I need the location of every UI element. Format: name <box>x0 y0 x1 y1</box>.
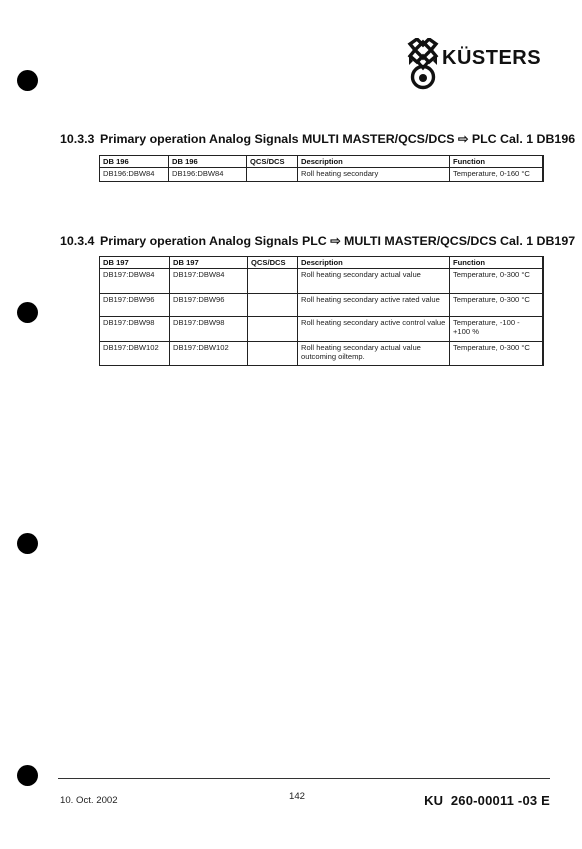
signal-table-db197: DB 197 DB 197 QCS/DCS Description Functi… <box>99 256 544 366</box>
table-row: DB196:DBW84 DB196:DBW84 Roll heating sec… <box>100 168 543 182</box>
section-number: 10.3.4 <box>60 234 100 248</box>
db-address-cell: DB197:DBW96 <box>170 294 248 317</box>
section-number: 10.3.3 <box>60 132 100 146</box>
table-row: DB197:DBW96 DB197:DBW96 Roll heating sec… <box>100 294 543 317</box>
description-cell: Roll heating secondary actual value <box>298 269 450 294</box>
column-header: QCS/DCS <box>247 156 298 168</box>
column-header: Description <box>298 156 450 168</box>
db-address-cell: DB197:DBW102 <box>100 342 170 366</box>
table-header-row: DB 196 DB 196 QCS/DCS Description Functi… <box>100 156 543 168</box>
punch-hole <box>17 765 38 786</box>
punch-hole <box>17 533 38 554</box>
qcs-dcs-cell <box>248 317 298 342</box>
function-cell: Temperature, 0-300 °C <box>450 294 543 317</box>
table-row: DB197:DBW102 DB197:DBW102 Roll heating s… <box>100 342 543 366</box>
function-cell: Temperature, 0-300 °C <box>450 342 543 366</box>
kuesters-knot-icon <box>407 38 439 90</box>
section-title: Primary operation Analog Signals PLC ⇨ M… <box>100 234 575 248</box>
db-address-cell: DB197:DBW84 <box>170 269 248 294</box>
section-heading-10-3-3: 10.3.3Primary operation Analog Signals M… <box>60 131 575 146</box>
db-address-cell: DB197:DBW98 <box>100 317 170 342</box>
db-address-cell: DB197:DBW96 <box>100 294 170 317</box>
column-header: Description <box>298 257 450 269</box>
description-cell: Roll heating secondary actual value outc… <box>298 342 450 366</box>
db-address-cell: DB196:DBW84 <box>169 168 247 182</box>
db-address-cell: DB197:DBW98 <box>170 317 248 342</box>
column-header: DB 197 <box>170 257 248 269</box>
db-address-cell: DB197:DBW84 <box>100 269 170 294</box>
column-header: DB 196 <box>100 156 169 168</box>
page-number: 142 <box>289 791 305 802</box>
qcs-dcs-cell <box>248 294 298 317</box>
db-address-cell: DB197:DBW102 <box>170 342 248 366</box>
column-header: DB 197 <box>100 257 170 269</box>
description-cell: Roll heating secondary active rated valu… <box>298 294 450 317</box>
description-cell: Roll heating secondary <box>298 168 450 182</box>
column-header: Function <box>450 156 543 168</box>
document-number: KU 260-00011 -03 E <box>424 793 550 808</box>
qcs-dcs-cell <box>247 168 298 182</box>
function-cell: Temperature, 0-300 °C <box>450 269 543 294</box>
qcs-dcs-cell <box>248 269 298 294</box>
qcs-dcs-cell <box>248 342 298 366</box>
function-cell: Temperature, 0-160 °C <box>450 168 543 182</box>
punch-hole <box>17 302 38 323</box>
brand-name: KÜSTERS <box>442 47 541 70</box>
section-title: Primary operation Analog Signals MULTI M… <box>100 132 575 146</box>
db-address-cell: DB196:DBW84 <box>100 168 169 182</box>
column-header: QCS/DCS <box>248 257 298 269</box>
table-row: DB197:DBW84 DB197:DBW84 Roll heating sec… <box>100 269 543 294</box>
punch-hole <box>17 70 38 91</box>
column-header: DB 196 <box>169 156 247 168</box>
company-logo: KÜSTERS <box>407 38 541 98</box>
table-header-row: DB 197 DB 197 QCS/DCS Description Functi… <box>100 257 543 269</box>
section-heading-10-3-4: 10.3.4Primary operation Analog Signals P… <box>60 233 575 248</box>
signal-table-db196: DB 196 DB 196 QCS/DCS Description Functi… <box>99 155 544 182</box>
table-row: DB197:DBW98 DB197:DBW98 Roll heating sec… <box>100 317 543 342</box>
column-header: Function <box>450 257 543 269</box>
footer-date: 10. Oct. 2002 <box>60 795 118 806</box>
footer-divider <box>58 778 550 779</box>
description-cell: Roll heating secondary active control va… <box>298 317 450 342</box>
function-cell: Temperature, -100 - +100 % <box>450 317 543 342</box>
